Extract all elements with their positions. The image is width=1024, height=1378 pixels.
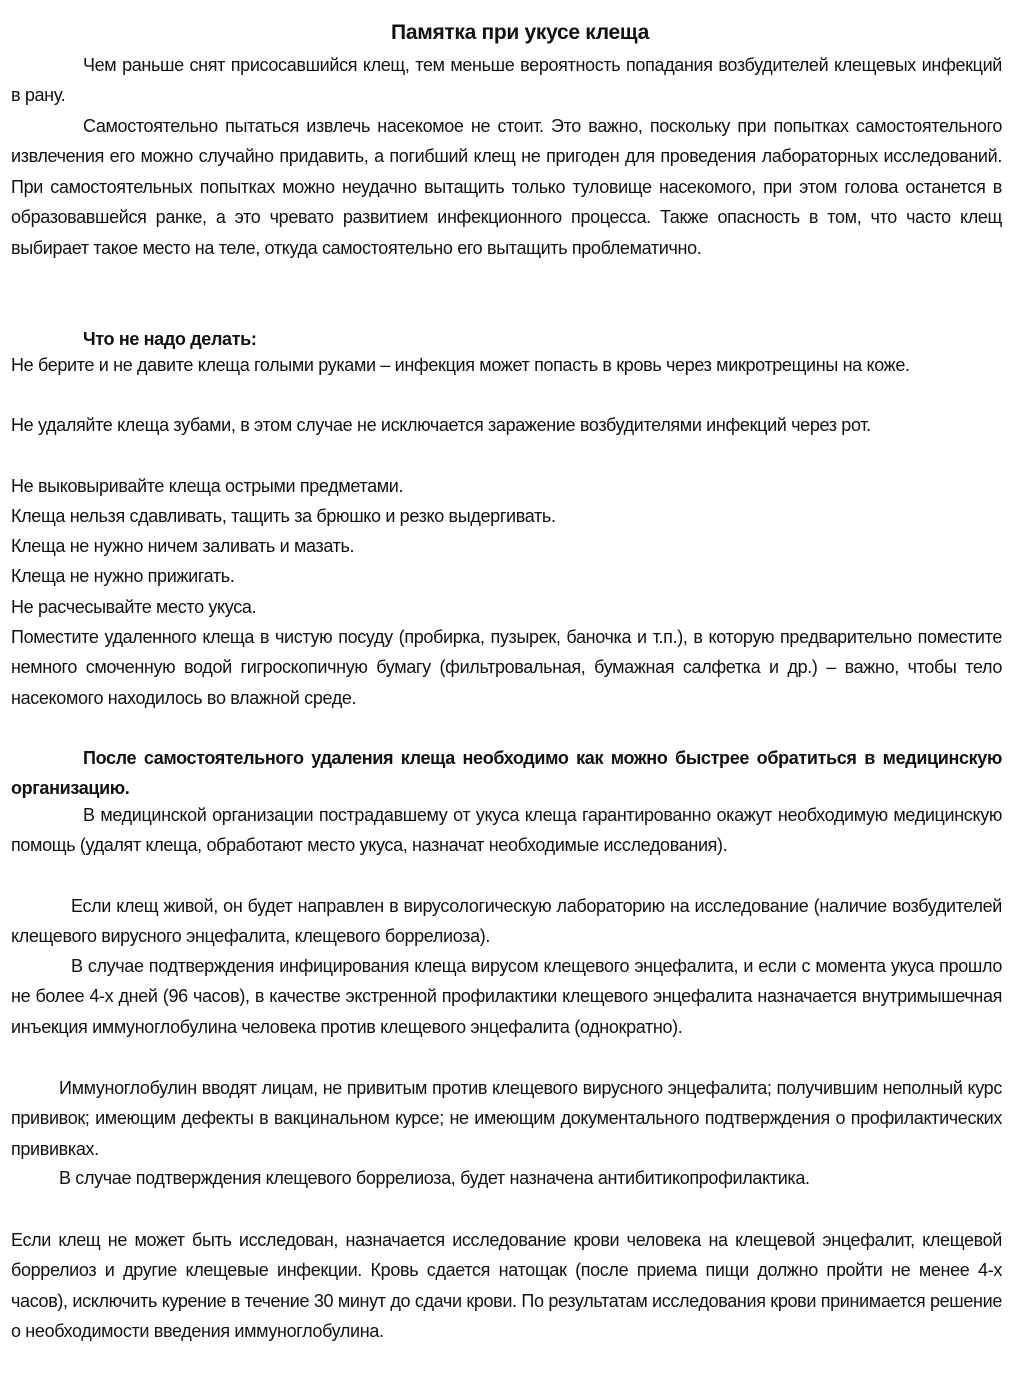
after-heading: После самостоятельного удаления клеща не… [11, 743, 1002, 804]
dont-item-6: Клеща не нужно прижигать. [11, 561, 1002, 591]
document-title: Памятка при укусе клеща [0, 18, 1024, 48]
document-page: Памятка при укусе клеща Чем раньше снят … [0, 0, 1024, 1378]
dont-item-8: Поместите удаленного клеща в чистую посу… [11, 622, 1002, 713]
dont-item-7: Не расчесывайте место укуса. [11, 592, 1002, 622]
after-paragraph-2: Если клещ живой, он будет направлен в ви… [11, 891, 1002, 952]
dont-item-5: Клеща не нужно ничем заливать и мазать. [11, 531, 1002, 561]
final-paragraph: Если клещ не может быть исследован, назн… [11, 1225, 1002, 1347]
dont-item-4: Клеща нельзя сдавливать, тащить за брюшк… [11, 501, 1002, 531]
intro-paragraph-2: Самостоятельно пытаться извлечь насекомо… [11, 111, 1002, 263]
after-paragraph-3: В случае подтверждения инфицирования кле… [11, 951, 1002, 1042]
after-paragraph-4: Иммуноглобулин вводят лицам, не привитым… [11, 1073, 1002, 1164]
intro-paragraph-1: Чем раньше снят присосавшийся клещ, тем … [11, 50, 1002, 111]
after-paragraph-1: В медицинской организации пострадавшему … [11, 800, 1002, 861]
dont-item-3: Не выковыривайте клеща острыми предметам… [11, 471, 1002, 501]
after-paragraph-5: В случае подтверждения клещевого боррели… [11, 1163, 1002, 1193]
dont-item-2: Не удаляйте клеща зубами, в этом случае … [11, 410, 1002, 440]
dont-item-1: Не берите и не давите клеща голыми рукам… [11, 350, 1002, 380]
